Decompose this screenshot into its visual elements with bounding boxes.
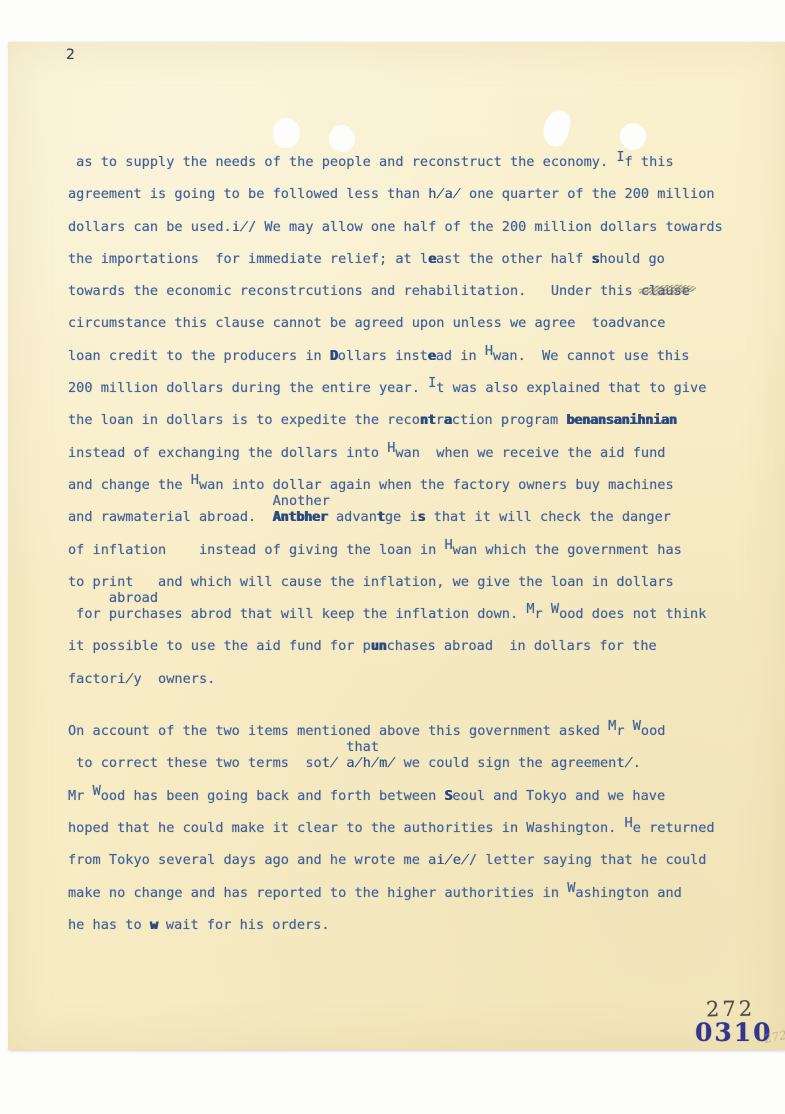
- text-run: r: [616, 723, 632, 739]
- overstruck-text: a: [444, 412, 452, 428]
- raised-char: H: [625, 815, 633, 831]
- raised-char: M: [526, 601, 534, 617]
- page-number: 2: [66, 47, 75, 63]
- text-run: wan. We cannot use this: [493, 348, 689, 364]
- struck-out-text: i̸e̸: [436, 852, 469, 868]
- text-run: dollars can be used.: [68, 219, 232, 235]
- text-run: for: [68, 606, 109, 622]
- text-run: make no change and has reported to the h…: [68, 885, 567, 901]
- raised-char: I: [616, 149, 624, 165]
- text-run: ollars inst: [338, 348, 428, 364]
- text-run: ast the other half: [436, 251, 592, 267]
- text-run: eoul and Tokyo and we have: [452, 788, 665, 804]
- text-run: agreement is going to be followed less t…: [68, 186, 428, 202]
- text-run: f this: [625, 154, 674, 170]
- raised-char: M: [608, 718, 616, 734]
- text-run: towards the economic reconstrcutions and…: [68, 283, 641, 299]
- document-line: circumstance this clause cannot be agree…: [68, 307, 775, 339]
- overstruck-text: t: [377, 509, 385, 525]
- text-run: ad in: [436, 348, 485, 364]
- text-run: to print and which will cause the inflat…: [68, 574, 674, 590]
- text-run: the loan in dollars is to expedite the r…: [68, 412, 420, 428]
- text-run: factor: [68, 671, 117, 687]
- text-run: from Tokyo several days ago and he wrote…: [68, 852, 436, 868]
- document-line: to correct these two terms sot̸ thata̸h̸…: [68, 747, 775, 779]
- text-run: 200 million dollars during the entire ye…: [68, 380, 428, 396]
- stamp-frame-number: 0310: [695, 1018, 773, 1047]
- paragraph: On account of the two items mentioned ab…: [68, 715, 775, 941]
- text-run: wait for his orders.: [158, 917, 330, 933]
- document-line: towards the economic reconstrcutions and…: [68, 275, 775, 307]
- text-run: purchases abrod that will keep the infla…: [109, 606, 526, 622]
- text-run: ction program: [452, 412, 567, 428]
- overstruck-text: benansanihnian: [566, 412, 676, 428]
- text-run: r: [535, 606, 551, 622]
- text-run: wan when we receive the aid fund: [395, 445, 665, 461]
- document-line: On account of the two items mentioned ab…: [68, 715, 775, 747]
- raised-char: H: [444, 537, 452, 553]
- raised-char: W: [93, 783, 101, 799]
- text-run: ge i: [385, 509, 418, 525]
- text-run: hoped that he could make it clear to the…: [68, 820, 625, 836]
- document-line: he has to w wait for his orders.: [68, 909, 775, 941]
- struck-out-text: a̸h̸m̸: [346, 755, 395, 771]
- text-run: ood: [641, 723, 666, 739]
- text-run: / We may allow one half of the 200 milli…: [248, 219, 723, 235]
- document-line: of inflation instead of giving the loan …: [68, 534, 775, 566]
- document-line: make no change and has reported to the h…: [68, 877, 775, 909]
- struck-out-text: t̸: [616, 755, 632, 771]
- document-line: it possible to use the aid fund for punc…: [68, 630, 775, 662]
- document-line: factori̸y owners.: [68, 663, 775, 695]
- document-line: the importations for immediate relief; a…: [68, 243, 775, 275]
- document-line: and change the Hwan into dollar again wh…: [68, 469, 775, 501]
- text-run: of inflation instead of giving the loan …: [68, 542, 444, 558]
- struck-out-text: h̸a̸: [428, 186, 461, 202]
- text-run: ood does not think: [559, 606, 706, 622]
- text-run: to correct these two terms so: [68, 755, 322, 771]
- text-run: .: [633, 755, 641, 771]
- overstruck-text: D: [330, 348, 338, 364]
- text-run: wan which the government has: [453, 542, 682, 558]
- overstruck-text: e: [428, 348, 436, 364]
- text-run: and rawmaterial abroad.: [68, 509, 273, 525]
- raised-char: H: [191, 472, 199, 488]
- document-line: from Tokyo several days ago and he wrote…: [68, 844, 775, 876]
- raised-char: W: [633, 718, 641, 734]
- struck-out-text: t̸: [322, 755, 338, 771]
- document-line: the loan in dollars is to expedite the r…: [68, 404, 775, 436]
- document-line: hoped that he could make it clear to the…: [68, 812, 775, 844]
- text-run: On account of the two items mentioned ab…: [68, 723, 608, 739]
- raised-char: W: [551, 601, 559, 617]
- text-run: advan: [328, 509, 377, 525]
- text-run: y owners.: [133, 671, 215, 687]
- document-line: to print and which will cause the inflat…: [68, 566, 775, 598]
- document-line: agreement is going to be followed less t…: [68, 178, 775, 210]
- text-run: the importations for immediate relief; a…: [68, 251, 428, 267]
- document-line: for abroadpurchases abrod that will keep…: [68, 598, 775, 630]
- text-run: we could sign the agreemen: [395, 755, 616, 771]
- document-line: 200 million dollars during the entire ye…: [68, 372, 775, 404]
- overstruck-text: e: [428, 251, 436, 267]
- punch-hole: [273, 118, 300, 148]
- text-run: and change the: [68, 477, 191, 493]
- text-run: instead of exchanging the dollars into: [68, 445, 387, 461]
- scanned-document-page: { "page": { "page_number": "2" }, "stamp…: [0, 0, 785, 1114]
- raised-char: H: [485, 343, 493, 359]
- document-line: dollars can be used.i̸/ We may allow one…: [68, 211, 775, 243]
- text-run: / letter saying that he could: [469, 852, 706, 868]
- paragraph: as to supply the needs of the people and…: [68, 146, 775, 695]
- text-run: circumstance this clause cannot be agree…: [68, 315, 665, 331]
- document-line: Mr Wood has been going back and forth be…: [68, 780, 775, 812]
- text-run: t was also explained that to give: [436, 380, 706, 396]
- text-run: wan into dollar again when the factory o…: [199, 477, 674, 493]
- struck-out-text: i̸: [232, 219, 248, 235]
- punch-hole: [540, 108, 573, 149]
- overstruck-text: w: [150, 917, 158, 933]
- text-run: ashington and: [575, 885, 681, 901]
- document-body: as to supply the needs of the people and…: [68, 146, 775, 941]
- text-run: as to supply the needs of the people and…: [68, 154, 616, 170]
- overstruck-text: nt: [420, 412, 436, 428]
- text-run: it possible to use the aid fund for p: [68, 638, 371, 654]
- text-run: ood has been going back and forth betwee…: [101, 788, 445, 804]
- text-run: hould go: [599, 251, 664, 267]
- raised-char: H: [387, 440, 395, 456]
- document-line: instead of exchanging the dollars into H…: [68, 437, 775, 469]
- raised-char: I: [428, 375, 436, 391]
- text-run: he has to: [68, 917, 150, 933]
- document-line: as to supply the needs of the people and…: [68, 146, 775, 178]
- text-run: one quarter of the 200 million: [461, 186, 715, 202]
- text-run: loan credit to the producers in: [68, 348, 330, 364]
- text-run: chases abroad in dollars for the: [387, 638, 657, 654]
- overstruck-text: Antbher: [273, 509, 328, 525]
- text-run: r: [436, 412, 444, 428]
- raised-char: W: [567, 880, 575, 896]
- struck-out-text: i̸: [117, 671, 133, 687]
- scribbled-word: clause: [641, 283, 690, 299]
- text-run: Mr: [68, 788, 93, 804]
- text-run: e returned: [633, 820, 715, 836]
- document-line: loan credit to the producers in Dollars …: [68, 340, 775, 372]
- overstruck-text: un: [371, 638, 387, 654]
- document-line: and rawmaterial abroad. AnotherAntbher a…: [68, 501, 775, 533]
- text-run: that it will check the danger: [425, 509, 671, 525]
